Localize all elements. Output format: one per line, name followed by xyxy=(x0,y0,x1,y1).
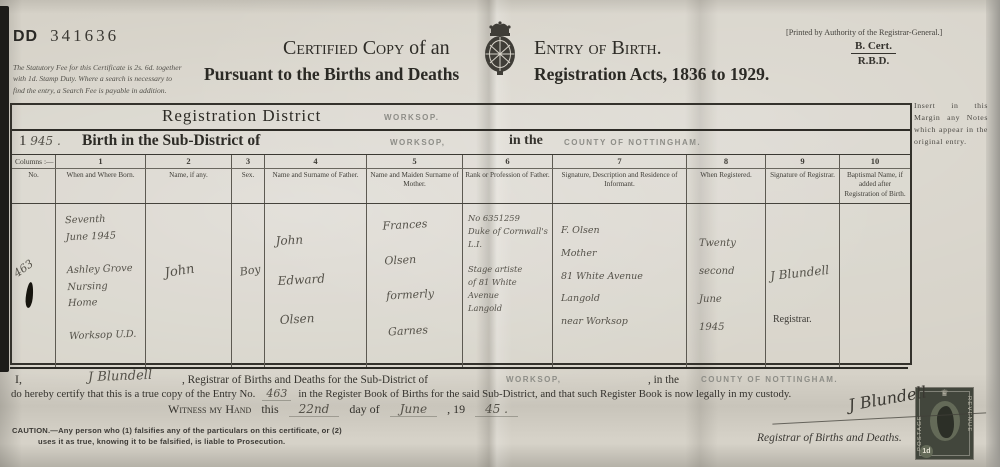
witness-month: June xyxy=(390,402,437,417)
certify-text-prefix: do hereby certify that this is a true co… xyxy=(11,388,255,400)
stamp-value: 1d xyxy=(920,445,933,458)
entry-when-where-born: Seventh June 1945 Ashley Grove Nursing H… xyxy=(56,204,146,368)
cert-code-top: B. Cert. xyxy=(851,40,896,54)
col-header-sex: Sex. xyxy=(232,169,265,203)
certification-signature: J Blundell xyxy=(88,368,153,385)
entry-no-cell: 463 xyxy=(12,204,56,368)
entry-informant: F. Olsen Mother 81 White Avenue Langold … xyxy=(553,204,687,368)
col-num-8: 8 xyxy=(687,155,766,168)
entry-row: 463 Seventh June 1945 Ashley Grove Nursi… xyxy=(12,204,910,368)
witness-label: Witness my Hand xyxy=(168,402,251,417)
certification-entry-no: 463 xyxy=(262,387,291,401)
col-header-rank: Rank or Profession of Father. xyxy=(463,169,553,203)
col-header-mother: Name and Maiden Surname of Mother. xyxy=(367,169,463,203)
year: 1 945 . xyxy=(19,133,61,150)
certification-line2: do hereby certify that this is a true co… xyxy=(11,387,791,401)
entry-when-registered: Twenty second June 1945 xyxy=(687,204,766,368)
subdistrict-row: 1 945 . Birth in the Sub-District of WOR… xyxy=(12,131,910,155)
certificate-code: B. Cert. R.B.D. xyxy=(851,40,896,67)
district-stamp: WORKSOP. xyxy=(384,113,439,122)
register-table: Registration District WORKSOP. 1 945 . B… xyxy=(10,103,912,365)
entry-registrar-signature: J Blundell Registrar. xyxy=(766,204,840,368)
certification-subdistrict-stamp: WORKSOP, xyxy=(506,375,561,384)
stamp-crown-icon: ♛ xyxy=(940,389,948,399)
royal-coat-of-arms-icon xyxy=(477,18,523,83)
col-header-informant: Signature, Description and Residence of … xyxy=(553,169,687,203)
col-header-name: Name, if any. xyxy=(146,169,232,203)
col-header-when-where-born: When and Where Born. xyxy=(56,169,146,203)
title-line1-left: Certified Copy of an xyxy=(283,37,450,60)
ink-mark xyxy=(25,282,35,309)
witness-year-hand: 45 . xyxy=(475,402,518,417)
year-handwritten: 945 . xyxy=(30,134,61,148)
serial-number: DD 341636 xyxy=(13,26,119,46)
entry-sex: Boy xyxy=(232,204,265,368)
witness-day-of: day of xyxy=(349,402,379,417)
entry-father: John Edward Olsen xyxy=(265,204,367,368)
witness-day: 22nd xyxy=(289,402,340,417)
col-num-2: 2 xyxy=(146,155,232,168)
background-strip xyxy=(986,0,1000,467)
county-stamp: COUNTY OF NOTTINGHAM. xyxy=(564,138,701,147)
col-header-father: Name and Surname of Father. xyxy=(265,169,367,203)
entry-baptismal-name xyxy=(840,204,910,368)
paper-left-edge xyxy=(0,6,9,372)
cert-code-bottom: R.B.D. xyxy=(851,54,896,67)
title-certified-copy: Certified Copy xyxy=(283,37,404,59)
column-headers-row: No. When and Where Born. Name, if any. S… xyxy=(12,169,910,204)
certification-county-stamp: COUNTY OF NOTTINGHAM. xyxy=(701,375,838,384)
col-num-10: 10 xyxy=(840,155,910,168)
entry-no: 463 xyxy=(12,257,36,280)
col-num-7: 7 xyxy=(553,155,687,168)
certify-text-suffix: in the Register Book of Births for the s… xyxy=(298,388,791,400)
margin-note: Insert in this Margin any Notes which ap… xyxy=(914,100,988,148)
witness-year-print: , 19 xyxy=(447,402,465,417)
year-printed: 1 xyxy=(19,133,27,149)
entry-mother: Frances Olsen formerly Garnes xyxy=(367,204,463,368)
entry-rank-profession: No 6351259 Duke of Cornwall's L.I. Stage… xyxy=(463,204,553,368)
registration-district-row: Registration District WORKSOP. xyxy=(12,105,910,131)
title-line2-left: Pursuant to the Births and Deaths xyxy=(204,64,459,85)
col-num-9: 9 xyxy=(766,155,840,168)
serial-prefix: DD xyxy=(13,28,38,45)
col-num-4: 4 xyxy=(265,155,367,168)
in-the-label: in the xyxy=(509,133,543,149)
title-line2-right: Registration Acts, 1836 to 1929. xyxy=(534,64,769,85)
entry-name: John xyxy=(146,204,232,368)
col-header-baptismal-name: Baptismal Name, if added after Registrat… xyxy=(840,169,910,203)
certification-in-the: , in the xyxy=(648,374,679,386)
registration-district-label: Registration District xyxy=(162,106,321,126)
column-numbers-row: Columns :— 1 2 3 4 5 6 7 8 9 10 xyxy=(12,155,910,169)
birth-certificate-document: DD 341636 The Statutory Fee for this Cer… xyxy=(0,0,1000,467)
serial-digits: 341636 xyxy=(50,26,119,45)
col-num-6: 6 xyxy=(463,155,553,168)
statutory-fee-note: The Statutory Fee for this Certificate i… xyxy=(13,62,185,96)
registrar-signature: J Blundell xyxy=(769,263,829,283)
witness-line: Witness my Hand this 22nd day of June , … xyxy=(168,402,518,417)
col-header-no: No. xyxy=(12,169,56,203)
caution-note: CAUTION.—Any person who (1) falsifies an… xyxy=(12,425,360,448)
columns-label: Columns :— xyxy=(12,155,56,168)
subdistrict-stamp: WORKSOP, xyxy=(390,138,445,147)
certification-line1: , Registrar of Births and Deaths for the… xyxy=(182,374,428,386)
registrar-label: Registrar. xyxy=(773,314,812,325)
col-num-5: 5 xyxy=(367,155,463,168)
witness-this: this xyxy=(261,402,278,417)
authority-note: [Printed by Authority of the Registrar-G… xyxy=(786,28,942,37)
certification-i-label: I, xyxy=(15,372,22,387)
col-header-registrar-signature: Signature of Registrar. xyxy=(766,169,840,203)
subdistrict-label: Birth in the Sub-District of xyxy=(82,132,260,150)
title-of-an: of an xyxy=(404,37,450,59)
col-header-when-registered: When Registered. xyxy=(687,169,766,203)
registrar-title: Registrar of Births and Deaths. xyxy=(757,432,902,444)
stamp-postage-label: POSTAGE xyxy=(917,396,923,451)
title-line1-right: Entry of Birth. xyxy=(534,37,662,60)
col-num-1: 1 xyxy=(56,155,146,168)
col-num-3: 3 xyxy=(232,155,265,168)
